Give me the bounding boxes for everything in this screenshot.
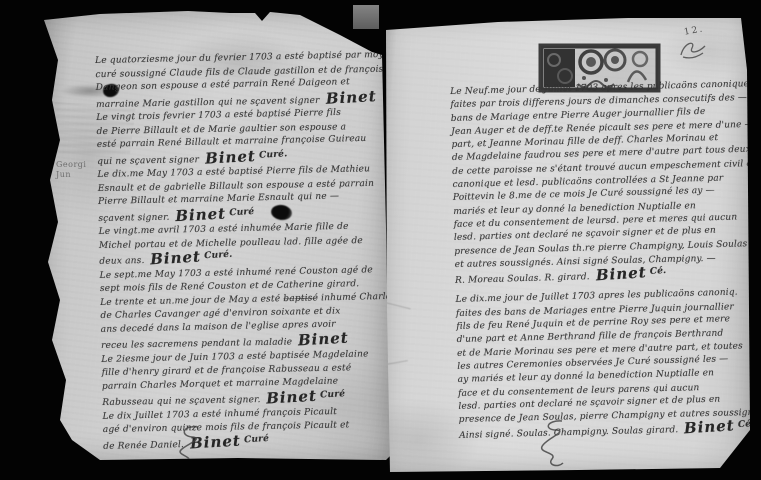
register-page-right: 12. Le Neuf.me jour de Juillet 1703 apre… (378, 10, 754, 476)
priest-signature: Binet Cé. (694, 419, 755, 439)
paper-crease (383, 302, 410, 310)
paper-crease (386, 360, 408, 365)
register-record: Le trente et un.me jour de May a esté b̶… (100, 290, 397, 353)
signature-flourish-icon (168, 424, 220, 472)
scanned-register-photo: Georgi Jun Le quatorziesme jour du fevri… (0, 0, 761, 480)
signature-title: Curé (317, 389, 346, 401)
register-record: Le vingt.me avril 1703 a esté inhumée Ma… (99, 220, 396, 270)
priest-signature: Binet (335, 90, 377, 109)
register-page-left: Georgi Jun Le quatorziesme jour du fevri… (38, 8, 390, 464)
signature-name: Binet (150, 247, 202, 268)
signature-name: Binet (325, 87, 377, 108)
signature-title: Curé (226, 206, 255, 218)
priest-signature: Binet Curé (276, 388, 346, 408)
page-number: 12. (683, 24, 705, 37)
signature-name: Binet (684, 417, 736, 438)
signature-title: Curé (240, 433, 269, 445)
register-record: Le dix.me May 1703 a esté baptisé Pierre… (97, 163, 394, 226)
signature-name: Binet (205, 146, 257, 167)
signature-flourish-icon (530, 418, 580, 470)
signature-name: Binet (266, 387, 318, 408)
priest-signature: Binet Curé (185, 205, 255, 225)
signature-title: Cé. (735, 420, 755, 431)
register-record: Le 2iesme jour de Juin 1703 a esté bapti… (101, 347, 398, 410)
marginal-note: Georgi Jun (56, 160, 86, 180)
register-record: Le dix Juillet 1703 a esté inhumé franço… (102, 404, 399, 454)
register-record: Le dix.me jour de Juillet 1703 apres les… (455, 287, 759, 444)
signature-title: Curé. (201, 250, 233, 262)
right-page-records: Le Neuf.me jour de Juillet 1703 apres le… (450, 78, 759, 443)
priest-signature: Binet Curé. (160, 249, 233, 270)
priest-signature: Binet Cé. (605, 265, 666, 285)
register-record: Le vingt trois fevrier 1703 a esté bapti… (96, 106, 393, 169)
signature-title: Cé. (646, 266, 666, 277)
binding-tab (353, 5, 379, 29)
left-page-records: Le quatorziesme jour du fevrier 1703 a e… (95, 49, 399, 454)
paraph-flourish-icon (678, 38, 708, 60)
signature-name: Binet (175, 204, 227, 225)
priest-signature: Binet (308, 332, 350, 351)
register-record: Le quatorziesme jour du fevrier 1703 a e… (95, 49, 392, 112)
signature-name: Binet (595, 263, 647, 284)
signature-title: Curé. (255, 149, 287, 161)
marginal-note-line: Georgi (56, 160, 86, 170)
priest-signature: Binet Curé. (215, 148, 288, 168)
signature-name: Binet (298, 329, 350, 350)
register-record: Le Neuf.me jour de Juillet 1703 apres le… (450, 78, 755, 288)
marginal-note-line: Jun (56, 170, 86, 180)
